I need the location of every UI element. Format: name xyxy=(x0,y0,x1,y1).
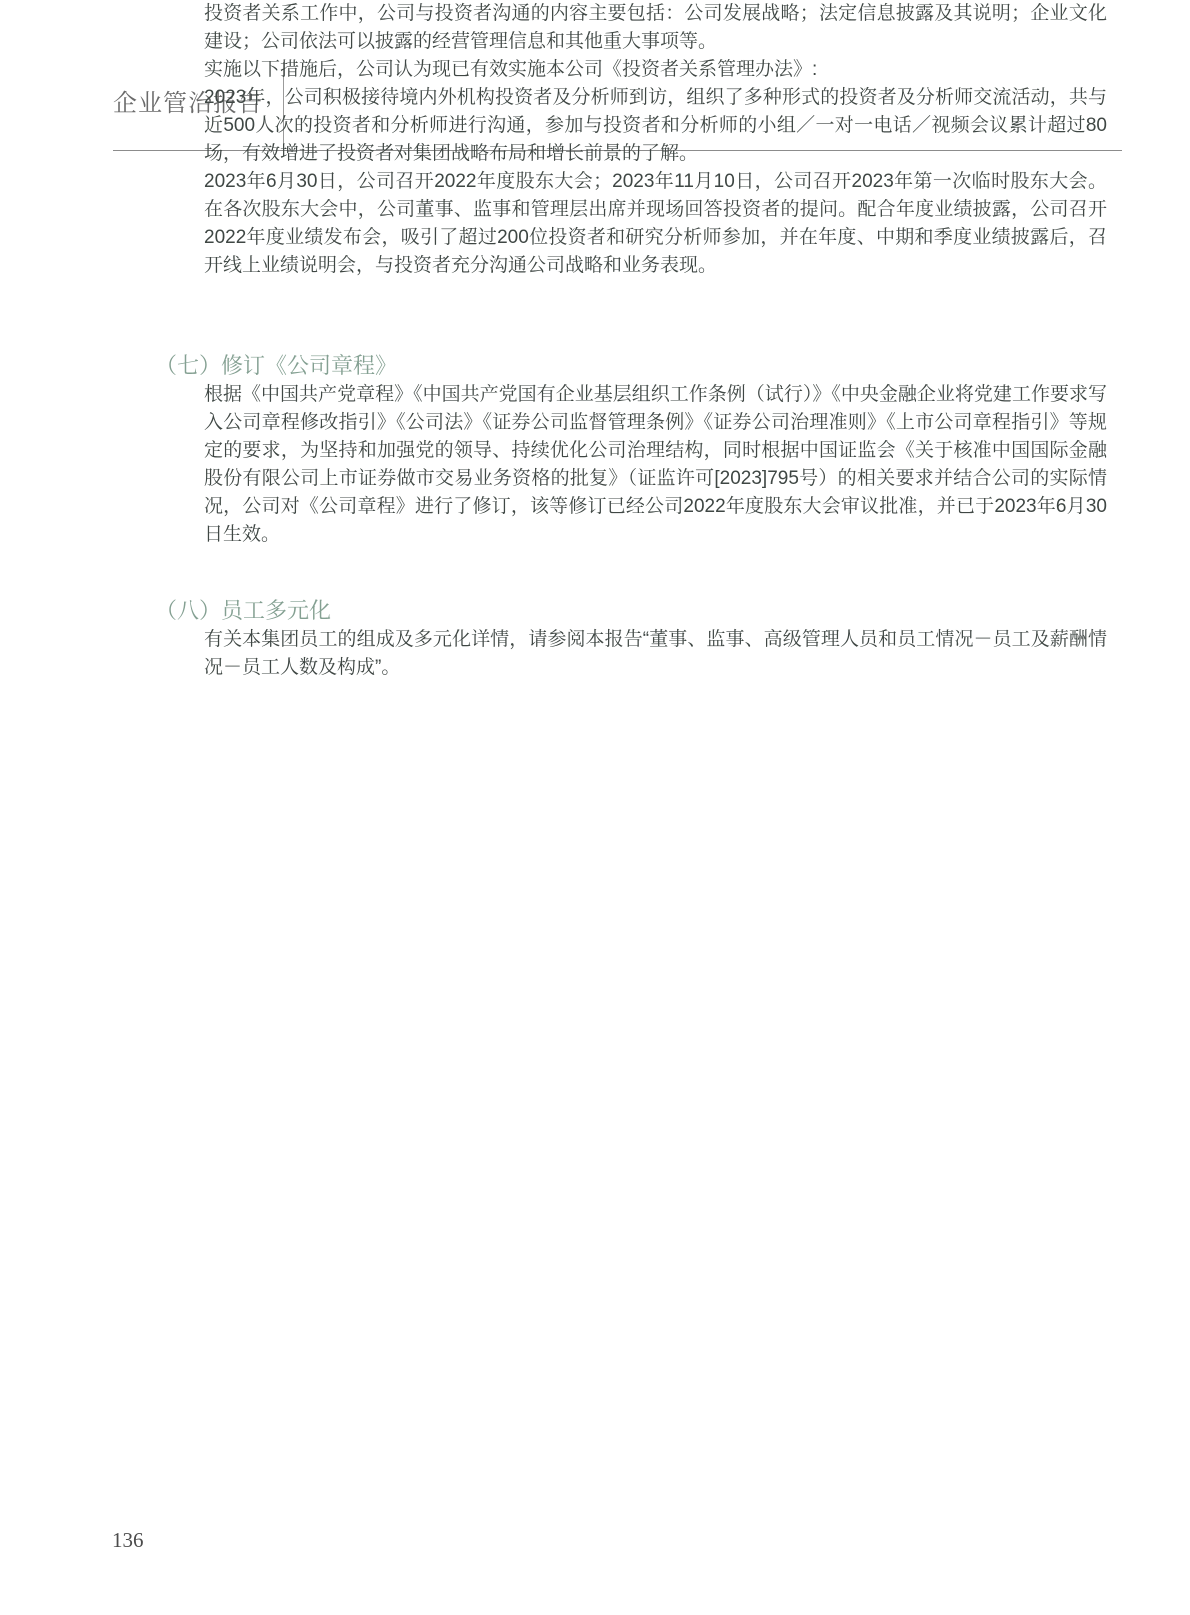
paragraph-shareholder-meetings: 2023年6月30日，公司召开2022年度股东大会；2023年11月10日，公司… xyxy=(204,168,1107,280)
paragraph-investor-meetings-2023: 2023年，公司积极接待境内外机构投资者及分析师到访，组织了多种形式的投资者及分… xyxy=(204,84,1107,168)
section-heading-7-articles-amendment: （七）修订《公司章程》 xyxy=(155,351,1107,381)
paragraph-employee-diversity-detail: 有关本集团员工的组成及多元化详情，请参阅本报告“董事、监事、高级管理人员和员工情… xyxy=(204,626,1107,682)
section-heading-8-employee-diversity: （八）员工多元化 xyxy=(155,596,1107,626)
main-text-column: 投资者关系工作中，公司与投资者沟通的内容主要包括：公司发展战略；法定信息披露及其… xyxy=(204,0,1107,682)
page-number: 136 xyxy=(112,1528,144,1553)
paragraph-measures-implemented: 实施以下措施后，公司认为现已有效实施本公司《投资者关系管理办法》: xyxy=(204,56,1107,84)
report-page: 企业管治报告 投资者关系工作中，公司与投资者沟通的内容主要包括：公司发展战略；法… xyxy=(0,0,1190,1615)
paragraph-articles-amendment-detail: 根据《中国共产党章程》《中国共产党国有企业基层组织工作条例（试行）》《中央金融企… xyxy=(204,381,1107,549)
paragraph-investor-communication: 投资者关系工作中，公司与投资者沟通的内容主要包括：公司发展战略；法定信息披露及其… xyxy=(204,0,1107,56)
